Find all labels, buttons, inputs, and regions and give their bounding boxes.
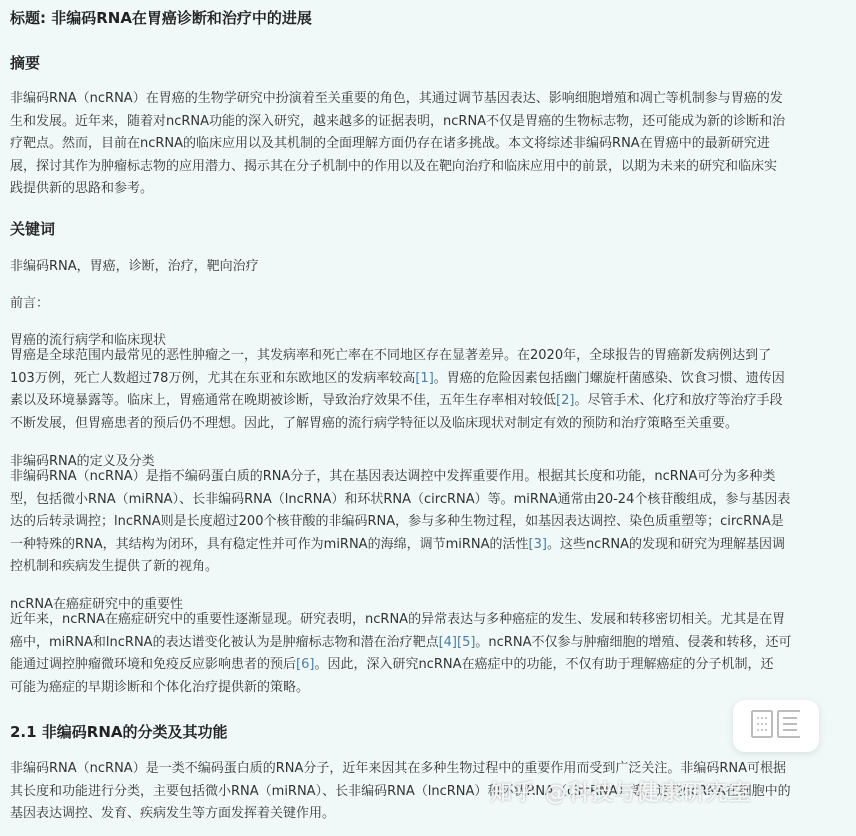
paragraph-line: 素以及环境暴露等。临床上，胃癌通常在晚期被诊断，导致治疗效果不佳，五年生存率相对… [10, 390, 846, 413]
paragraph-line: 基因表达调控、发育、疾病发生等方面发挥着关键作用。 [10, 803, 846, 826]
abstract-line: 非编码RNA（ncRNA）在胃癌的生物学研究中扮演着至关重要的角色，其通过调节基… [10, 88, 846, 111]
paragraph-line: 非编码RNA（ncRNA）是一类不编码蛋白质的RNA分子，近年来因其在多种生物过… [10, 758, 846, 781]
section-paragraph-epidemiology: 胃癌是全球范围内最常见的恶性肿瘤之一，其发病率和死亡率在不同地区存在显著差异。在… [10, 345, 846, 435]
paragraph-line: 近年来，ncRNA在癌症研究中的重要性逐渐显现。研究表明，ncRNA的异常表达与… [10, 609, 846, 632]
section-2-1-paragraph: 非编码RNA（ncRNA）是一类不编码蛋白质的RNA分子，近年来因其在多种生物过… [10, 758, 846, 826]
citation-link[interactable]: [6] [296, 657, 314, 672]
text-run: 癌中，miRNA和lncRNA的表达谱变化被认为是肿瘤标志物和潜在治疗靶点 [10, 635, 439, 650]
citation-link[interactable]: [4][5] [439, 635, 476, 650]
text-run: 。这些ncRNA的发现和研究为理解基因调 [547, 537, 785, 552]
keywords-heading: 关键词 [10, 218, 55, 239]
table-list-icon [748, 708, 804, 744]
text-run: 一种特殊的RNA，其结构为闭环，具有稳定性并可作为miRNA的海绵，调节miRN… [10, 537, 529, 552]
paragraph-line: 能通过调控肿瘤微环境和免疫反应影响患者的预后[6]。因此，深入研究ncRNA在癌… [10, 654, 846, 677]
text-run: 103万例，死亡人数超过78万例，尤其在东亚和东欧地区的发病率较高 [10, 371, 415, 386]
paragraph-line: 达的后转录调控；lncRNA则是长度超过200个核苷酸的非编码RNA，参与多种生… [10, 511, 846, 534]
paragraph-line: 可能为癌症的早期诊断和个体化治疗提供新的策略。 [10, 677, 846, 700]
paragraph-line: 非编码RNA（ncRNA）是指不编码蛋白质的RNA分子，其在基因表达调控中发挥重… [10, 466, 846, 489]
citation-link[interactable]: [1] [415, 371, 433, 386]
text-run: 胃癌是全球范围内最常见的恶性肿瘤之一，其发病率和死亡率在不同地区存在显著差异。在… [10, 348, 771, 363]
paragraph-line: 其长度和功能进行分类，主要包括微小RNA（miRNA）、长非编码RNA（lncR… [10, 781, 846, 804]
text-run: 可能为癌症的早期诊断和个体化治疗提供新的策略。 [10, 680, 309, 695]
abstract-line: 生和发展。近年来，随着对ncRNA功能的深入研究，越来越多的证据表明，ncRNA… [10, 111, 846, 134]
text-run: 。尽管手术、化疗和放疗等治疗手段 [574, 393, 782, 408]
text-run: 型，包括微小RNA（miRNA）、长非编码RNA（lncRNA）和环状RNA（c… [10, 492, 790, 507]
citation-link[interactable]: [2] [556, 393, 574, 408]
paragraph-line: 型，包括微小RNA（miRNA）、长非编码RNA（lncRNA）和环状RNA（c… [10, 489, 846, 512]
document-title: 标题: 非编码RNA在胃癌诊断和治疗中的进展 [10, 7, 312, 28]
citation-link[interactable]: [3] [529, 537, 547, 552]
abstract-paragraph: 非编码RNA（ncRNA）在胃癌的生物学研究中扮演着至关重要的角色，其通过调节基… [10, 88, 846, 201]
text-run: 。ncRNA不仅参与肿瘤细胞的增殖、侵袭和转移，还可 [475, 635, 791, 650]
abstract-heading: 摘要 [10, 52, 40, 73]
abstract-line: 疗靶点。然而，目前在ncRNA的临床应用以及其机制的全面理解方面仍存在诸多挑战。… [10, 133, 846, 156]
text-run: 。因此，深入研究ncRNA在癌症中的功能，不仅有助于理解癌症的分子机制，还 [314, 657, 773, 672]
text-run: 。胃癌的危险因素包括幽门螺旋杆菌感染、饮食习惯、遗传因 [434, 371, 785, 386]
paragraph-line: 103万例，死亡人数超过78万例，尤其在东亚和东欧地区的发病率较高[1]。胃癌的… [10, 368, 846, 391]
section-2-1-heading: 2.1 非编码RNA的分类及其功能 [10, 721, 228, 742]
abstract-line: 展，探讨其作为肿瘤标志物的应用潜力、揭示其在分子机制中的作用以及在靶向治疗和临床… [10, 156, 846, 179]
floating-outline-button[interactable] [733, 700, 819, 752]
text-run: 能通过调控肿瘤微环境和免疫反应影响患者的预后 [10, 657, 296, 672]
paragraph-line: 不断发展，但胃癌患者的预后仍不理想。因此，了解胃癌的流行病学特征以及临床现状对制… [10, 413, 846, 436]
abstract-line: 践提供新的思路和参考。 [10, 178, 846, 201]
text-run: 不断发展，但胃癌患者的预后仍不理想。因此，了解胃癌的流行病学特征以及临床现状对制… [10, 416, 738, 431]
text-run: 达的后转录调控；lncRNA则是长度超过200个核苷酸的非编码RNA，参与多种生… [10, 514, 784, 529]
section-paragraph-definition: 非编码RNA（ncRNA）是指不编码蛋白质的RNA分子，其在基因表达调控中发挥重… [10, 466, 846, 579]
section-paragraph-importance: 近年来，ncRNA在癌症研究中的重要性逐渐显现。研究表明，ncRNA的异常表达与… [10, 609, 846, 699]
preface-label: 前言： [10, 292, 49, 311]
paragraph-line: 控机制和疾病发生提供了新的视角。 [10, 556, 846, 579]
text-run: 近年来，ncRNA在癌症研究中的重要性逐渐显现。研究表明，ncRNA的异常表达与… [10, 612, 785, 627]
paragraph-line: 癌中，miRNA和lncRNA的表达谱变化被认为是肿瘤标志物和潜在治疗靶点[4]… [10, 632, 846, 655]
keywords-text: 非编码RNA，胃癌，诊断，治疗，靶向治疗 [10, 255, 259, 274]
text-run: 非编码RNA（ncRNA）是指不编码蛋白质的RNA分子，其在基因表达调控中发挥重… [10, 469, 775, 484]
text-run: 素以及环境暴露等。临床上，胃癌通常在晚期被诊断，导致治疗效果不佳，五年生存率相对… [10, 393, 556, 408]
paragraph-line: 一种特殊的RNA，其结构为闭环，具有稳定性并可作为miRNA的海绵，调节miRN… [10, 534, 846, 557]
text-run: 控机制和疾病发生提供了新的视角。 [10, 559, 218, 574]
paragraph-line: 胃癌是全球范围内最常见的恶性肿瘤之一，其发病率和死亡率在不同地区存在显著差异。在… [10, 345, 846, 368]
